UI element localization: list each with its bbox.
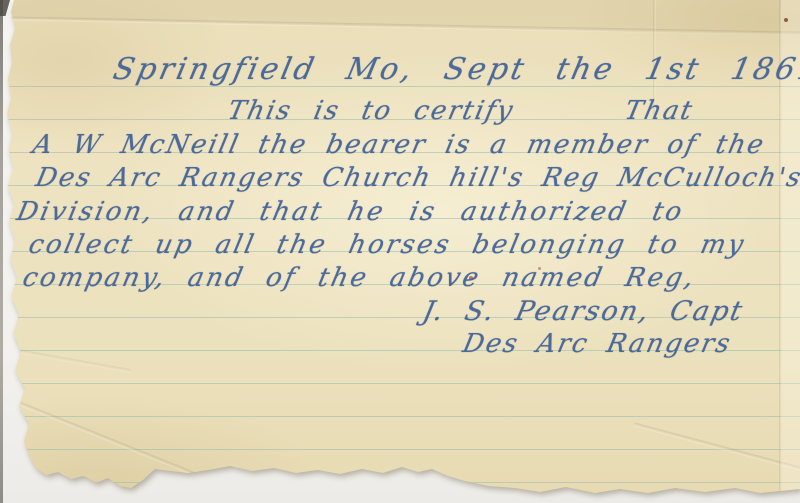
- handwriting-line-body-2: Des Arc Rangers Church hill's Reg McCull…: [33, 163, 800, 193]
- handwriting-line-certify: This is to certify That: [225, 96, 697, 126]
- paper-speck: [784, 18, 788, 22]
- fold-crease-bottom-left: [0, 380, 254, 500]
- scanned-document: Springfield Mo, Sept the 1st 1861 This i…: [0, 0, 800, 503]
- top-fold-band: [0, 0, 800, 40]
- handwriting-line-unit: Des Arc Rangers: [460, 329, 734, 359]
- paper-shadow: Springfield Mo, Sept the 1st 1861 This i…: [0, 0, 800, 503]
- handwriting-line-body-1: A W McNeill the bearer is a member of th…: [30, 130, 768, 160]
- handwriting-line-body-5: company, and of the above named Reg,: [20, 263, 699, 293]
- document-paper: Springfield Mo, Sept the 1st 1861 This i…: [0, 0, 800, 503]
- fold-crease-bottom-right: [633, 422, 800, 485]
- fold-crease-top: [0, 16, 800, 36]
- handwriting-line-signature: J. S. Pearson, Capt: [420, 296, 747, 327]
- fold-crease-mid-left: [0, 343, 131, 373]
- handwriting-line-body-3: Division, and that he is authorized to: [14, 197, 687, 227]
- handwriting-line-body-4: collect up all the horses belonging to m…: [26, 230, 749, 260]
- handwriting-line-date: Springfield Mo, Sept the 1st 1861: [110, 52, 800, 87]
